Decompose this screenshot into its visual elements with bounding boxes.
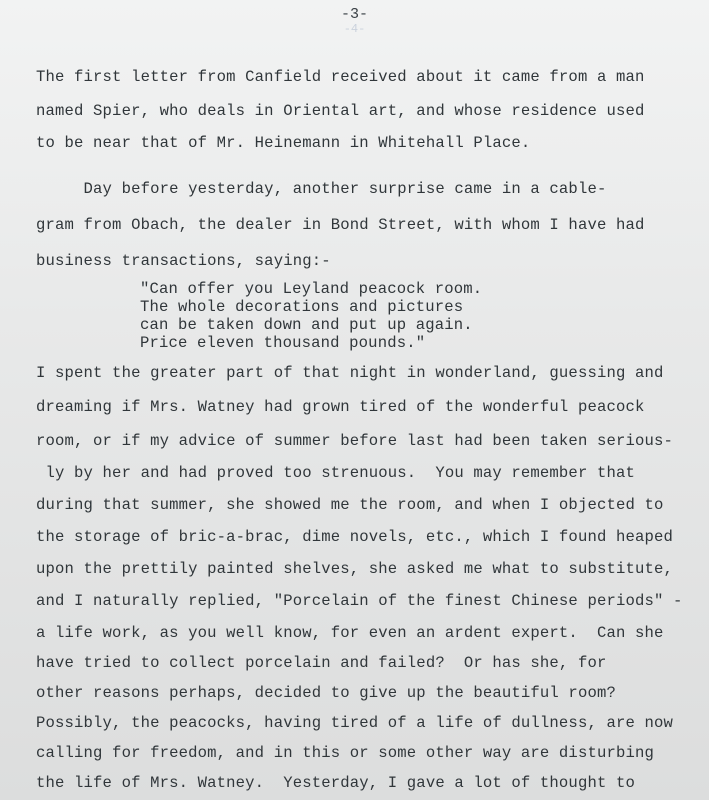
page-number: -3- — [0, 6, 709, 23]
bleed-through-page-number: -4- — [0, 22, 709, 36]
text-line: the storage of bric-a-brac, dime novels,… — [36, 528, 673, 546]
text-line: gram from Obach, the dealer in Bond Stre… — [36, 216, 645, 234]
quote-line: The whole decorations and pictures — [140, 298, 463, 316]
text-line: dreaming if Mrs. Watney had grown tired … — [36, 398, 645, 416]
text-line: Day before yesterday, another surprise c… — [36, 180, 606, 198]
text-line: Possibly, the peacocks, having tired of … — [36, 714, 673, 732]
text-line: other reasons perhaps, decided to give u… — [36, 684, 616, 702]
text-line: I spent the greater part of that night i… — [36, 364, 664, 382]
text-line: named Spier, who deals in Oriental art, … — [36, 102, 645, 120]
text-line: the life of Mrs. Watney. Yesterday, I ga… — [36, 774, 635, 792]
text-line: a life work, as you well know, for even … — [36, 624, 664, 642]
text-line: to be near that of Mr. Heinemann in Whit… — [36, 134, 530, 152]
text-line: ly by her and had proved too strenuous. … — [36, 464, 635, 482]
text-line: upon the prettily painted shelves, she a… — [36, 560, 673, 578]
text-line: business transactions, saying:- — [36, 252, 331, 270]
text-line: The first letter from Canfield received … — [36, 68, 645, 86]
quote-line: "Can offer you Leyland peacock room. — [140, 280, 482, 298]
text-line: calling for freedom, and in this or some… — [36, 744, 654, 762]
typewritten-page: -3- -4- The first letter from Canfield r… — [0, 0, 709, 800]
text-line: have tried to collect porcelain and fail… — [36, 654, 606, 672]
text-line: and I naturally replied, "Porcelain of t… — [36, 592, 683, 610]
text-line: room, or if my advice of summer before l… — [36, 432, 673, 450]
text-line: during that summer, she showed me the ro… — [36, 496, 664, 514]
quote-line: Price eleven thousand pounds." — [140, 334, 425, 352]
quote-line: can be taken down and put up again. — [140, 316, 473, 334]
